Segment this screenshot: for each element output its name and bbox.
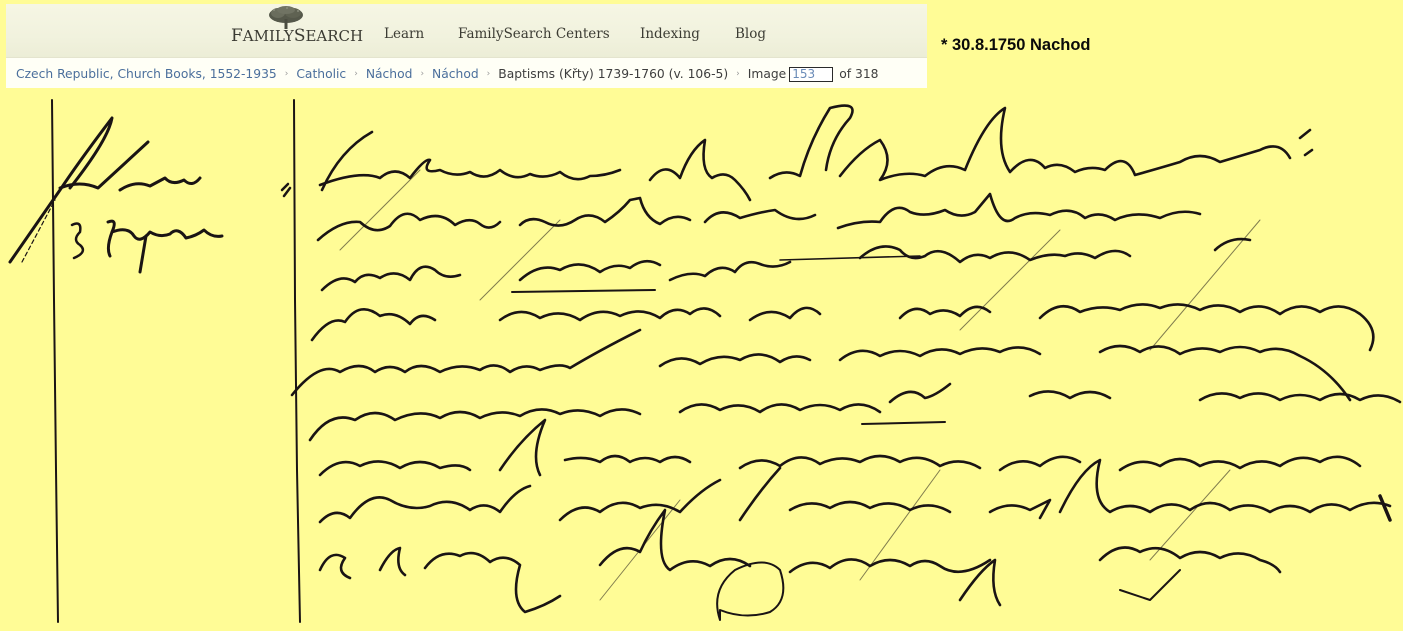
familysearch-panel: FAMILYSEARCH Learn FamilySearch Centers … — [6, 4, 927, 88]
nav-blog[interactable]: Blog — [735, 26, 766, 42]
chevron-right-icon: › — [285, 69, 289, 79]
breadcrumb-district[interactable]: Náchod — [366, 67, 413, 81]
chevron-right-icon: › — [736, 69, 740, 79]
breadcrumb-religion[interactable]: Catholic — [296, 67, 346, 81]
column-rule-right — [294, 100, 300, 622]
image-label: Image — [748, 67, 787, 81]
chevron-right-icon: › — [354, 69, 358, 79]
chevron-right-icon: › — [420, 69, 424, 79]
nav-learn[interactable]: Learn — [384, 26, 424, 42]
entry-number — [282, 184, 290, 196]
nav-familysearch-centers[interactable]: FamilySearch Centers — [458, 26, 610, 42]
register-scan-image — [0, 94, 1403, 631]
familysearch-logo[interactable]: FAMILYSEARCH — [231, 6, 356, 50]
breadcrumb-collection[interactable]: Czech Republic, Church Books, 1552-1935 — [16, 67, 277, 81]
image-number-input[interactable] — [789, 67, 833, 82]
left-column-handwriting — [10, 118, 222, 272]
column-rule-left — [52, 100, 58, 622]
site-header: FAMILYSEARCH Learn FamilySearch Centers … — [6, 4, 927, 58]
breadcrumb: Czech Republic, Church Books, 1552-1935 … — [6, 62, 927, 86]
logo-wordmark: FAMILYSEARCH — [231, 26, 363, 46]
faint-strokes — [340, 170, 1260, 600]
date-annotation: * 30.8.1750 Nachod — [941, 36, 1091, 55]
image-total: of 318 — [839, 67, 878, 81]
breadcrumb-parish[interactable]: Náchod — [432, 67, 479, 81]
entry-handwriting — [292, 106, 1400, 620]
breadcrumb-volume: Baptisms (Křty) 1739-1760 (v. 106-5) — [498, 67, 728, 81]
nav-indexing[interactable]: Indexing — [640, 26, 700, 42]
chevron-right-icon: › — [487, 69, 491, 79]
